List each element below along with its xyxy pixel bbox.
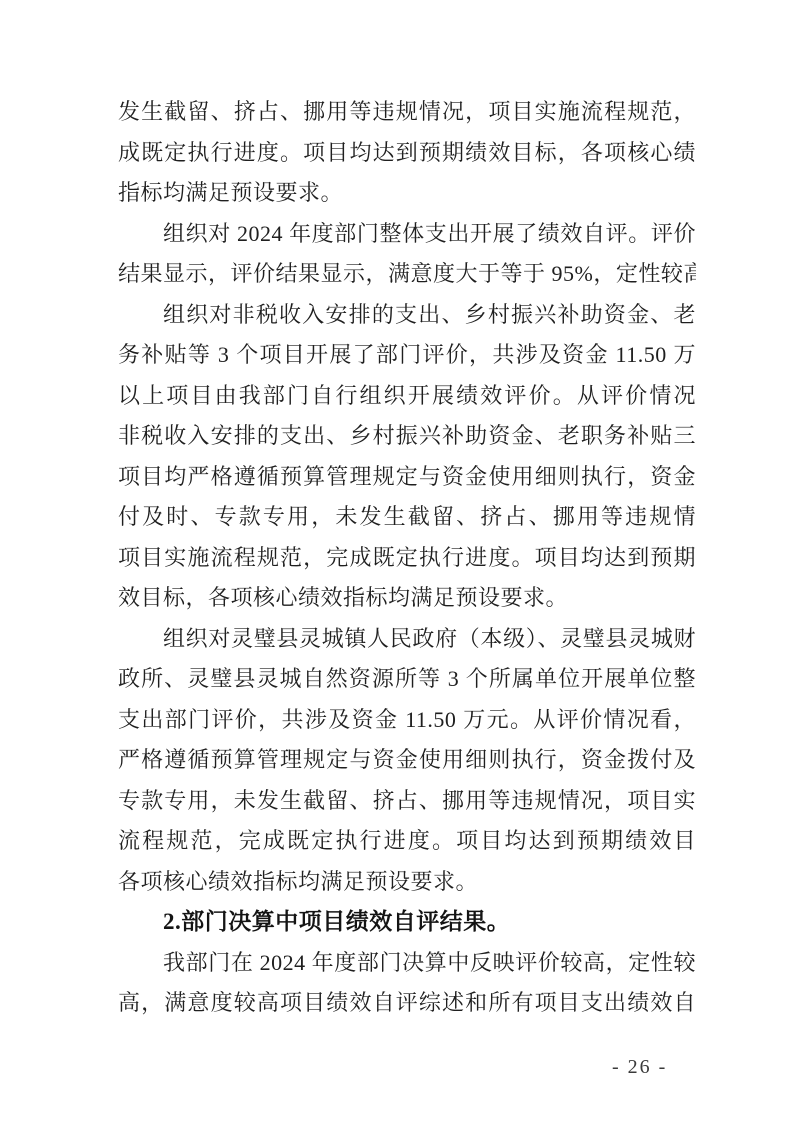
text-line: 组织对非税收入安排的支出、乡村振兴补助资金、老职 xyxy=(118,295,696,336)
text-line: 非税收入安排的支出、乡村振兴补助资金、老职务补贴三项 xyxy=(118,416,696,457)
text-line: 指标均满足预设要求。 xyxy=(118,173,696,214)
text-column: 发生截留、挤占、挪用等违规情况，项目实施流程规范，完 成既定执行进度。项目均达到… xyxy=(118,92,696,1024)
page-number: - 26 - xyxy=(612,1056,667,1079)
text-line: 务补贴等 3 个项目开展了部门评价，共涉及资金 11.50 万元。 xyxy=(118,335,696,376)
text-line: 支出部门评价，共涉及资金 11.50 万元。从评价情况看，均 xyxy=(118,700,696,741)
text-line: 结果显示，评价结果显示，满意度大于等于 95%，定性较高。 xyxy=(118,254,696,295)
text-line: 严格遵循预算管理规定与资金使用细则执行，资金拨付及时、 xyxy=(118,740,696,781)
text-line: 效目标，各项核心绩效指标均满足预设要求。 xyxy=(118,578,696,619)
text-line: 项目均严格遵循预算管理规定与资金使用细则执行，资金拨 xyxy=(118,457,696,498)
text-line: 我部门在 2024 年度部门决算中反映评价较高，定性较 xyxy=(118,943,696,984)
text-line: 组织对 2024 年度部门整体支出开展了绩效自评。评价 xyxy=(118,214,696,255)
text-line: 发生截留、挤占、挪用等违规情况，项目实施流程规范，完 xyxy=(118,92,696,133)
text-line: 成既定执行进度。项目均达到预期绩效目标，各项核心绩效 xyxy=(118,133,696,174)
text-line: 各项核心绩效指标均满足预设要求。 xyxy=(118,862,696,903)
text-line: 流程规范，完成既定执行进度。项目均达到预期绩效目标， xyxy=(118,821,696,862)
text-line: 高，满意度较高项目绩效自评综述和所有项目支出绩效自评 xyxy=(118,983,696,1024)
text-line: 政所、灵璧县灵城自然资源所等 3 个所属单位开展单位整体 xyxy=(118,659,696,700)
text-line: 专款专用，未发生截留、挤占、挪用等违规情况，项目实施 xyxy=(118,781,696,822)
text-line: 以上项目由我部门自行组织开展绩效评价。从评价情况看， xyxy=(118,376,696,417)
text-line: 项目实施流程规范，完成既定执行进度。项目均达到预期绩 xyxy=(118,538,696,579)
text-line: 组织对灵璧县灵城镇人民政府（本级）、灵璧县灵城财 xyxy=(118,619,696,660)
section-heading: 2.部门决算中项目绩效自评结果。 xyxy=(118,902,696,943)
document-page: 发生截留、挤占、挪用等违规情况，项目实施流程规范，完 成既定执行进度。项目均达到… xyxy=(0,0,793,1122)
text-line: 付及时、专款专用，未发生截留、挤占、挪用等违规情况， xyxy=(118,497,696,538)
